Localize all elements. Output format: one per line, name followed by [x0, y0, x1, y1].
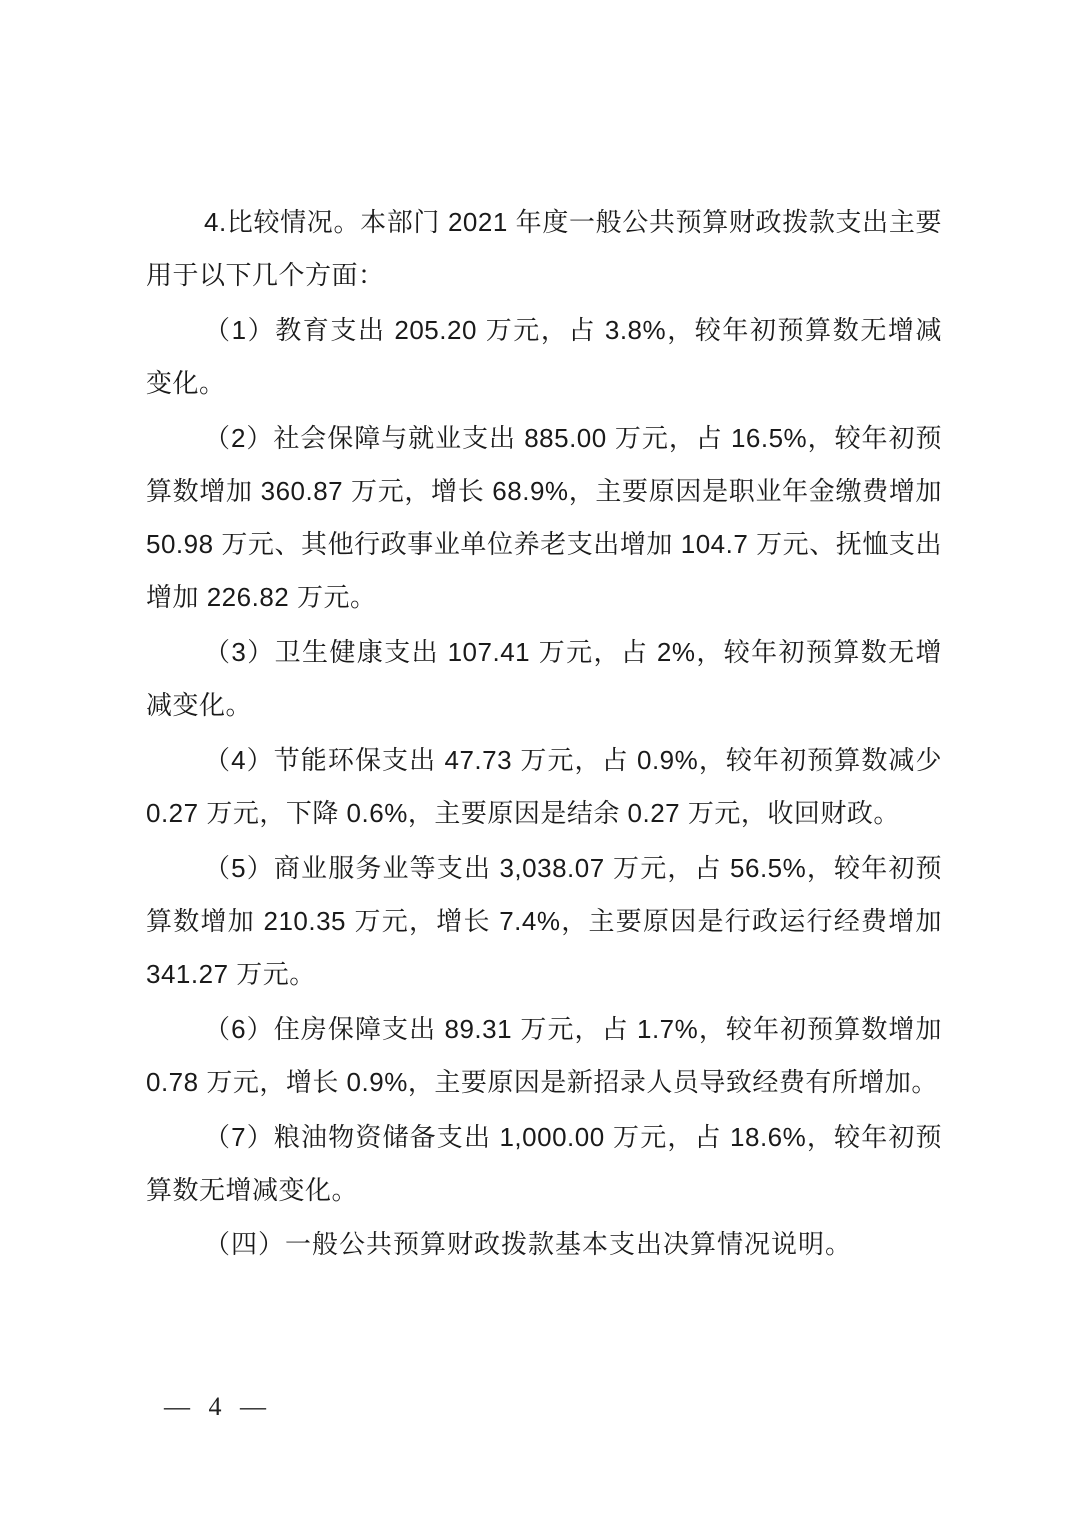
paragraph-environment-expenditure: （4）节能环保支出 47.73 万元，占 0.9%，较年初预算数减少 0.27 …	[146, 734, 942, 840]
paragraph-commerce-expenditure: （5）商业服务业等支出 3,038.07 万元，占 56.5%，较年初预算数增加…	[146, 842, 942, 1001]
section-heading-basic-expenditure: （四）一般公共预算财政拨款基本支出决算情况说明。	[146, 1219, 942, 1272]
document-body: 4.比较情况。本部门 2021 年度一般公共预算财政拨款支出主要用于以下几个方面…	[146, 196, 942, 1274]
document-page: 4.比较情况。本部门 2021 年度一般公共预算财政拨款支出主要用于以下几个方面…	[0, 0, 1074, 1520]
paragraph-health-expenditure: （3）卫生健康支出 107.41 万元，占 2%，较年初预算数无增减变化。	[146, 626, 942, 732]
paragraph-comparison-intro: 4.比较情况。本部门 2021 年度一般公共预算财政拨款支出主要用于以下几个方面…	[146, 196, 942, 302]
paragraph-grain-oil-expenditure: （7）粮油物资储备支出 1,000.00 万元，占 18.6%，较年初预算数无增…	[146, 1111, 942, 1217]
paragraph-education-expenditure: （1）教育支出 205.20 万元，占 3.8%，较年初预算数无增减变化。	[146, 304, 942, 410]
page-number: — 4 —	[164, 1392, 272, 1422]
paragraph-housing-expenditure: （6）住房保障支出 89.31 万元，占 1.7%，较年初预算数增加 0.78 …	[146, 1003, 942, 1109]
paragraph-social-security-expenditure: （2）社会保障与就业支出 885.00 万元，占 16.5%，较年初预算数增加 …	[146, 412, 942, 624]
